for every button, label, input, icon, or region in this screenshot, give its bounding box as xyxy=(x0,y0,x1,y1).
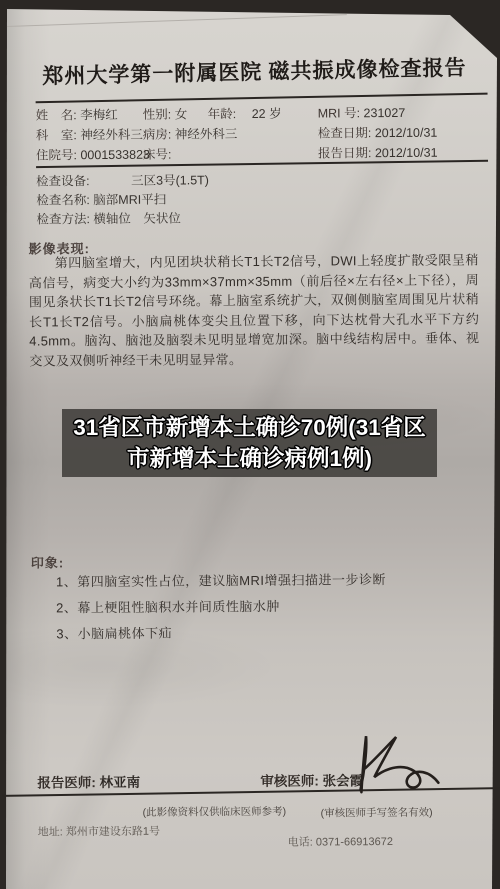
impression-item: 2、幕上梗阻性脑积水并间质性脑水肿 xyxy=(56,596,386,617)
hospital-phone: 电话: 0371-66913672 xyxy=(288,833,393,850)
patient-age: 年龄: 22 岁 xyxy=(208,104,282,123)
report-title: 郑州大学第一附属医院 磁共振成像检查报告 xyxy=(39,51,470,90)
admission-number: 住院号: 0001533823 xyxy=(36,145,150,164)
reviewing-physician: 审核医师: 张会霞 xyxy=(260,769,363,790)
patient-gender: 性别: 女 xyxy=(143,104,188,122)
exam-name: 检查名称: 脑部MRI平扫 xyxy=(36,190,166,209)
patient-department: 科 室: 神经外科三 xyxy=(36,125,143,144)
news-headline-overlay: 31省区市新增本土确诊70例(31省区 市新增本土确诊病例1例) xyxy=(62,409,437,477)
bed-number: 床号: xyxy=(143,145,172,163)
exam-device: 检查设备: 三区3号(1.5T) xyxy=(36,170,209,189)
patient-name: 姓 名: 李梅红 xyxy=(36,105,118,124)
exam-date: 检查日期: 2012/10/31 xyxy=(318,123,438,142)
header-divider xyxy=(36,93,488,104)
footnote-reference: (此影像资料仅供临床医师参考) xyxy=(143,804,287,820)
reporting-physician: 报告医师: 林亚南 xyxy=(37,771,140,792)
headline-line-2: 市新增本土确诊病例1例) xyxy=(127,443,372,474)
handwritten-signature-icon xyxy=(350,732,445,797)
findings-text: 第四脑室增大，内见团块状稍长T1长T2信号，DWI上轻度扩散受限呈稍高信号，病变… xyxy=(29,250,480,370)
mri-number: MRI 号: 231027 xyxy=(318,103,406,122)
footnotes-row: (此影像资料仅供临床医师参考) (审核医师手写签名有效) xyxy=(3,802,500,805)
hospital-address: 地址: 郑州市建设东路1号 xyxy=(38,823,160,840)
impression-list: 1、第四脑室实性占位，建议脑MRI增强扫描进一步诊断 2、幕上梗阻性脑积水并间质… xyxy=(56,570,387,650)
headline-line-1: 31省区市新增本土确诊70例(31省区 xyxy=(73,412,426,443)
footer-contact-row: 地址: 郑州市建设东路1号 电话: 0371-66913672 xyxy=(0,0,497,2)
impression-item: 1、第四脑室实性占位，建议脑MRI增强扫描进一步诊断 xyxy=(56,570,386,591)
patient-info-block: 姓 名: 李梅红 性别: 女 年龄: 22 岁 MRI 号: 231027 科 … xyxy=(36,102,490,105)
patient-ward: 病房: 神经外科三 xyxy=(143,124,238,143)
report-date: 报告日期: 2012/10/31 xyxy=(318,143,438,162)
footnote-signature-validity: (审核医师手写签名有效) xyxy=(321,805,433,821)
impression-item: 3、小脑扁桃体下疝 xyxy=(56,622,386,643)
exam-method: 检查方法: 横轴位 矢状位 xyxy=(36,208,181,227)
impression-label: 印象: xyxy=(31,552,64,571)
